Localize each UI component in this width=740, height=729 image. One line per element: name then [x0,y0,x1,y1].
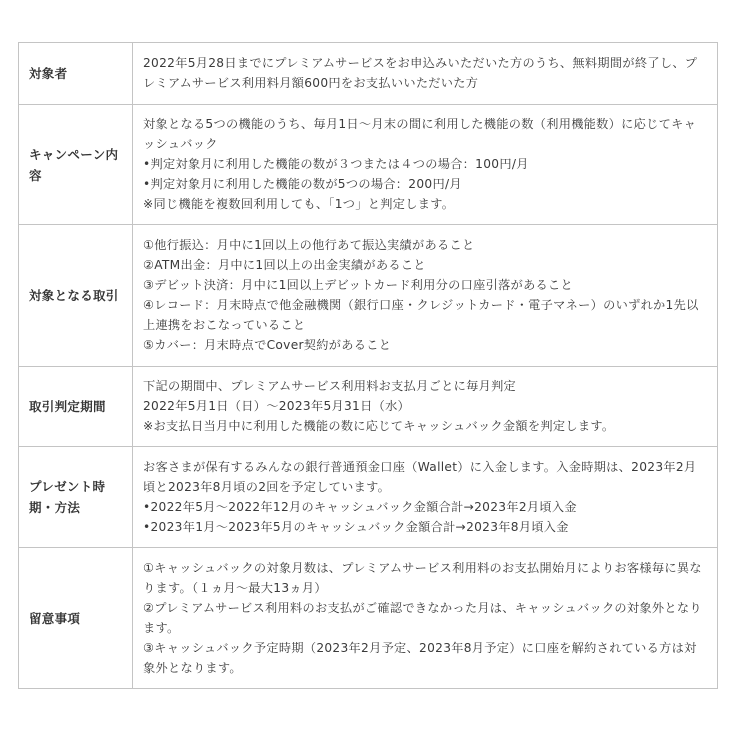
content-line: ※お支払日当月中に利用した機能の数に応じてキャッシュバック金額を判定します。 [143,416,707,436]
row-label-eligible-transactions: 対象となる取引 [19,225,133,367]
content-line: 下記の期間中、プレミアムサービス利用料お支払月ごとに毎月判定 [143,376,707,396]
table-row-notes: 留意事項 ①キャッシュバックの対象月数は、プレミアムサービス利用料のお支払開始月… [19,548,718,689]
content-line: 対象となる5つの機能のうち、毎月1日～月末の間に利用した機能の数（利用機能数）に… [143,114,707,154]
content-line: ⑤カバー：月末時点でCover契約があること [143,335,707,355]
content-line: •判定対象月に利用した機能の数が３つまたは４つの場合：100円/月 [143,154,707,174]
content-line: ②ATM出金：月中に1回以上の出金実績があること [143,255,707,275]
content-line: ②プレミアムサービス利用料のお支払がご確認できなかった月は、キャッシュバックの対… [143,598,707,638]
table-row-present-timing-method: プレゼント時期・方法 お客さまが保有するみんなの銀行普通預金口座（Wallet）… [19,447,718,548]
row-content-judgment-period: 下記の期間中、プレミアムサービス利用料お支払月ごとに毎月判定 2022年5月1日… [133,367,718,447]
content-line: ①他行振込：月中に1回以上の他行あて振込実績があること [143,235,707,255]
campaign-details-table: 対象者 2022年5月28日までにプレミアムサービスをお申込みいただいた方のうち… [18,42,718,689]
row-label-present-timing-method: プレゼント時期・方法 [19,447,133,548]
row-label-campaign-content: キャンペーン内容 [19,105,133,225]
content-line: お客さまが保有するみんなの銀行普通預金口座（Wallet）に入金します。入金時期… [143,457,707,497]
content-line: ④レコード：月末時点で他金融機関（銀行口座・クレジットカード・電子マネー）のいず… [143,295,707,335]
row-content-campaign-content: 対象となる5つの機能のうち、毎月1日～月末の間に利用した機能の数（利用機能数）に… [133,105,718,225]
table-row-target: 対象者 2022年5月28日までにプレミアムサービスをお申込みいただいた方のうち… [19,43,718,105]
content-line: •2022年5月～2022年12月のキャッシュバック金額合計→2023年2月頃入… [143,497,707,517]
row-label-judgment-period: 取引判定期間 [19,367,133,447]
content-line: ③デビット決済：月中に1回以上デビットカード利用分の口座引落があること [143,275,707,295]
row-content-eligible-transactions: ①他行振込：月中に1回以上の他行あて振込実績があること ②ATM出金：月中に1回… [133,225,718,367]
table-row-eligible-transactions: 対象となる取引 ①他行振込：月中に1回以上の他行あて振込実績があること ②ATM… [19,225,718,367]
content-line: ※同じ機能を複数回利用しても、「1つ」と判定します。 [143,194,707,214]
table-row-campaign-content: キャンペーン内容 対象となる5つの機能のうち、毎月1日～月末の間に利用した機能の… [19,105,718,225]
content-line: •2023年1月～2023年5月のキャッシュバック金額合計→2023年8月頃入金 [143,517,707,537]
content-line: 2022年5月1日（日）～2023年5月31日（水） [143,396,707,416]
row-label-notes: 留意事項 [19,548,133,689]
content-line: •判定対象月に利用した機能の数が5つの場合：200円/月 [143,174,707,194]
content-line: ③キャッシュバック予定時期（2023年2月予定、2023年8月予定）に口座を解約… [143,638,707,678]
row-label-target: 対象者 [19,43,133,105]
table-row-judgment-period: 取引判定期間 下記の期間中、プレミアムサービス利用料お支払月ごとに毎月判定 20… [19,367,718,447]
row-content-notes: ①キャッシュバックの対象月数は、プレミアムサービス利用料のお支払開始月によりお客… [133,548,718,689]
row-content-target: 2022年5月28日までにプレミアムサービスをお申込みいただいた方のうち、無料期… [133,43,718,105]
row-content-present-timing-method: お客さまが保有するみんなの銀行普通預金口座（Wallet）に入金します。入金時期… [133,447,718,548]
content-line: 2022年5月28日までにプレミアムサービスをお申込みいただいた方のうち、無料期… [143,53,707,93]
content-line: ①キャッシュバックの対象月数は、プレミアムサービス利用料のお支払開始月によりお客… [143,558,707,598]
